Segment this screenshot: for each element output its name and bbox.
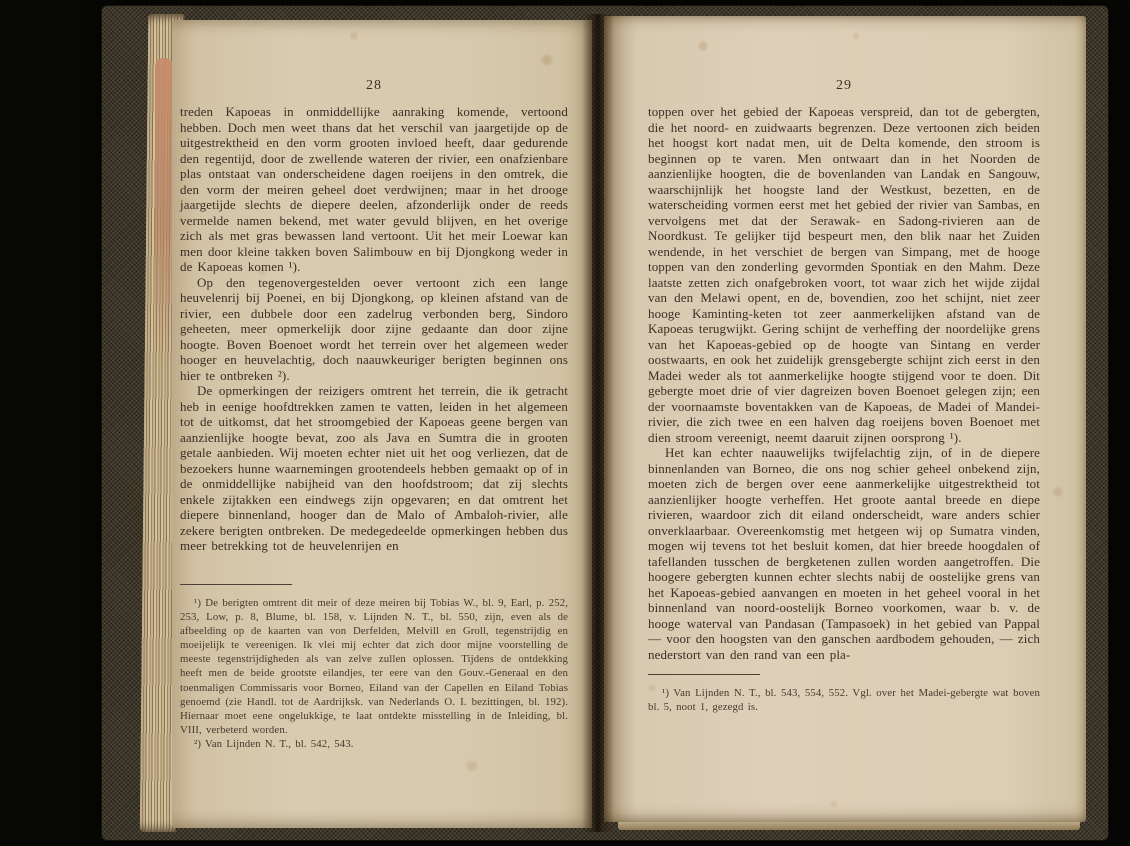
left-page-footnotes: ¹) De berigten omtrent dit meir of deze …	[180, 596, 568, 751]
page-number-right: 29	[648, 78, 1040, 94]
page-number-left: 28	[180, 78, 568, 94]
footnote-rule	[180, 584, 292, 585]
right-page: 29 toppen over het gebied der Kapoeas ve…	[604, 16, 1086, 822]
left-page-text: treden Kapoeas in onmiddellijke aanrakin…	[180, 104, 568, 554]
paragraph: toppen over het gebied der Kapoeas versp…	[648, 104, 1040, 445]
paragraph: De opmerkingen der reizigers omtrent het…	[180, 383, 568, 554]
footnote: ¹) Van Lijnden N. T., bl. 543, 554, 552.…	[648, 686, 1040, 714]
paragraph: Het kan echter naauwelijks twijfelachtig…	[648, 445, 1040, 662]
footnote: ¹) De berigten omtrent dit meir of deze …	[180, 596, 568, 737]
left-page: 28 treden Kapoeas in onmiddellijke aanra…	[172, 20, 592, 828]
book-scan: 28 treden Kapoeas in onmiddellijke aanra…	[0, 0, 1130, 846]
paragraph: Op den tegenovergestelden oever vertoont…	[180, 275, 568, 384]
right-page-footnotes: ¹) Van Lijnden N. T., bl. 543, 554, 552.…	[648, 686, 1040, 714]
paragraph: treden Kapoeas in onmiddellijke aanrakin…	[180, 104, 568, 275]
footnote-rule	[648, 674, 760, 675]
right-page-text: toppen over het gebied der Kapoeas versp…	[648, 104, 1040, 662]
endpaper-curl	[155, 58, 173, 368]
footnote: ²) Van Lijnden N. T., bl. 542, 543.	[180, 737, 568, 751]
